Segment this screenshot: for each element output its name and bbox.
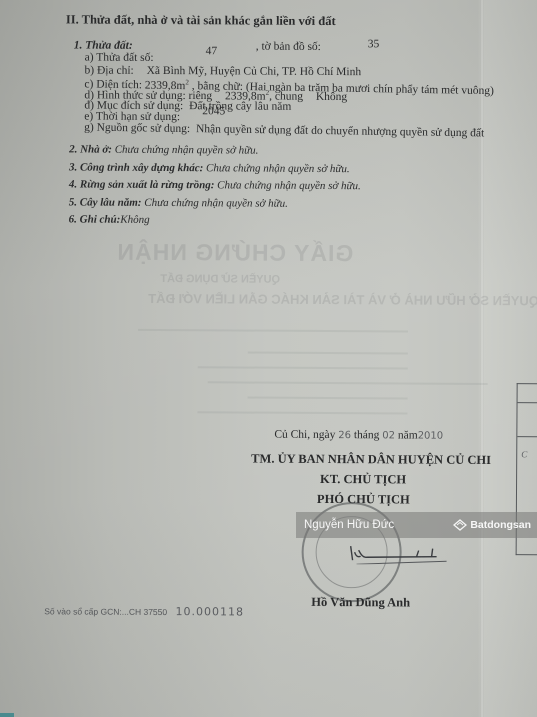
issuing-organization: TM. ỦY BAN NHÂN DÂN HUYỆN CỦ CHI <box>251 452 491 468</box>
right-table-mark: C <box>521 449 527 459</box>
section-title: II. Thửa đất, nhà ở và tài sản khác gắn … <box>66 12 336 29</box>
origin-row: g) Nguồn gốc sử dụng: Nhận quyền sử dụng… <box>84 122 484 140</box>
term-value: 2045 <box>202 105 225 117</box>
map-sheet-label: , tờ bản đồ số: <box>256 41 321 53</box>
item-other-construction: 3. Công trình xây dựng khác: Chưa chứng … <box>69 161 350 175</box>
plot-number-label: a) Thửa đất số: <box>85 52 154 64</box>
address-label: b) Địa chỉ: <box>85 65 134 77</box>
plot-number: 47 <box>206 45 218 57</box>
date-day: 26 <box>338 430 351 441</box>
on-behalf-title: KT. CHỦ TỊCH <box>320 472 406 488</box>
item-perennial-trees: 5. Cây lâu năm: Chưa chứng nhận quyền sở… <box>69 196 288 209</box>
item-production-forest: 4. Rừng sản xuất là rừng trồng: Chưa chứ… <box>69 178 361 192</box>
bleed-line <box>197 411 407 414</box>
origin-value: Nhận quyền sử dụng đất do chuyển nhượng … <box>196 123 484 139</box>
watermark-poster-name: Nguyễn Hữu Đức <box>304 519 394 531</box>
watermark-brand: Batdongsan <box>453 519 531 531</box>
registration-number: Số vào sổ cấp GCN:...CH 37550 10.000118 <box>44 604 244 618</box>
bleed-line <box>198 366 408 369</box>
bleed-through-subtitle-2: QUYỀN SỞ HỮU NHÀ Ở VÀ TÀI SẢN KHÁC GẮN L… <box>148 291 537 308</box>
address-row: b) Địa chỉ: Xã Bình Mỹ, Huyện Củ Chi, TP… <box>85 65 362 79</box>
bleed-line <box>248 397 408 400</box>
origin-label: g) Nguồn gốc sử dụng: <box>84 122 190 136</box>
bleed-line <box>248 352 408 355</box>
date-year: 2010 <box>418 431 444 442</box>
bleed-through-title: GIẤY CHỨNG NHẬN <box>116 239 353 267</box>
background-edge <box>0 713 14 717</box>
signature <box>347 542 447 565</box>
watermark-banner: Nguyễn Hữu Đức Batdongsan <box>296 512 537 538</box>
usage-shared-value: Không <box>316 91 347 103</box>
place-date: Củ Chi, ngày 26 tháng 02 năm2010 <box>274 429 443 442</box>
signer-name: Hồ Văn Dũng Anh <box>311 595 410 611</box>
bleed-through-subtitle: QUYỀN SỬ DỤNG ĐẤT <box>160 273 280 286</box>
item-notes: 6. Ghi chú:Không <box>69 213 150 225</box>
item-house: 2. Nhà ở: Chưa chứng nhận quyền sở hữu. <box>69 143 258 156</box>
land-plot-heading: 1. Thửa đất: <box>74 39 133 51</box>
plot-number-row: a) Thửa đất số: <box>85 52 154 64</box>
map-sheet-number: 35 <box>368 38 380 50</box>
house-logo-icon <box>453 519 467 531</box>
date-month: 02 <box>382 430 395 441</box>
bleed-line <box>138 329 408 333</box>
address-value: Xã Bình Mỹ, Huyện Củ Chi, TP. Hồ Chí Min… <box>147 65 362 78</box>
bleed-line <box>208 381 488 385</box>
certificate-page: II. Thửa đất, nhà ở và tài sản khác gắn … <box>0 0 537 717</box>
